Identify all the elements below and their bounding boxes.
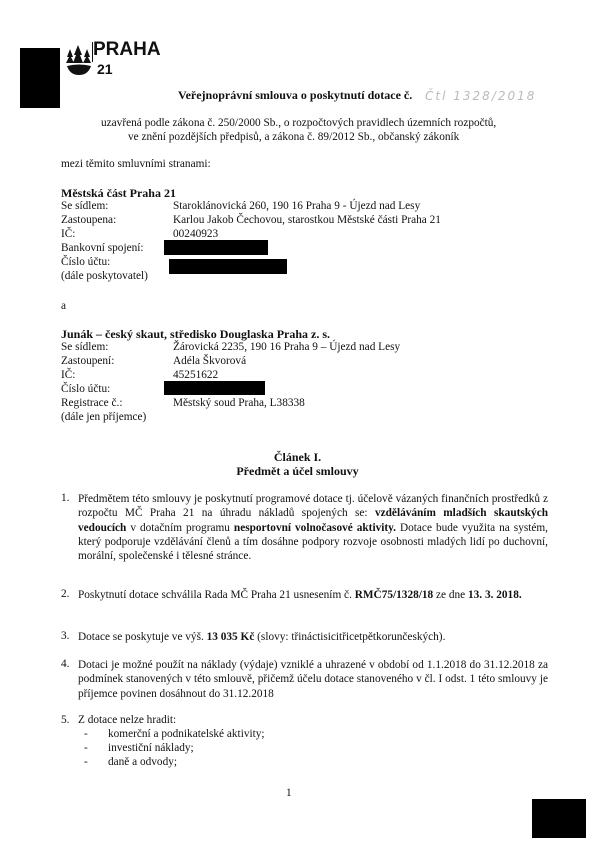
clause-4-number: 4.	[61, 658, 69, 670]
recipient-label-registration: Registrace č.:	[61, 397, 122, 409]
contract-title: Veřejnoprávní smlouva o poskytnutí dotac…	[178, 88, 412, 103]
recipient-label-account: Číslo účtu:	[61, 383, 110, 395]
clause-2-text: Poskytnutí dotace schválila Rada MČ Prah…	[78, 588, 548, 602]
trees-emblem-icon	[66, 43, 92, 77]
clause-5-item: komerční a podnikatelské aktivity;	[108, 728, 265, 740]
clause-1-number: 1.	[61, 492, 69, 504]
clause-5-number: 5.	[61, 714, 69, 726]
provider-value-seat: Staroklánovická 260, 190 16 Praha 9 - Új…	[173, 200, 420, 212]
article-title: Předmět a účel smlouvy	[0, 464, 595, 479]
logo-divider	[92, 42, 93, 62]
parties-intro: mezi těmito smluvními stranami:	[61, 158, 211, 170]
redaction-block-bottom-right	[532, 799, 586, 838]
recipient-value-represented: Adéla Škvorová	[173, 355, 246, 367]
clause-1-text: Předmětem této smlouvy je poskytnutí pro…	[78, 492, 548, 563]
provider-note: (dále poskytovatel)	[61, 270, 148, 282]
recipient-note: (dále jen příjemce)	[61, 411, 146, 423]
provider-label-seat: Se sídlem:	[61, 200, 108, 212]
recipient-value-ic: 45251622	[173, 369, 218, 381]
clause-5-item: daně a odvody;	[108, 756, 177, 768]
page-number: 1	[286, 787, 292, 799]
provider-value-represented: Karlou Jakob Čechovou, starostkou Městsk…	[173, 214, 441, 226]
recipient-account-redaction	[164, 381, 265, 395]
provider-account-redaction	[169, 259, 287, 274]
clause-3-number: 3.	[61, 630, 69, 642]
logo-21-text: 21	[97, 62, 113, 76]
emphasized-text: 13 035 Kč	[207, 631, 255, 643]
clause-5-item: investiční náklady;	[108, 742, 194, 754]
recipient-value-registration: Městský soud Praha, L38338	[173, 397, 305, 409]
clause-4-text: Dotaci je možné použít na náklady (výdaj…	[78, 658, 548, 701]
provider-bank-redaction	[164, 240, 268, 255]
intro-line-2: ve znění pozdějších předpisů, a zákona č…	[128, 131, 459, 143]
provider-label-account: Číslo účtu:	[61, 256, 110, 268]
recipient-label-represented: Zastoupení:	[61, 355, 114, 367]
clause-text-run: Poskytnutí dotace schválila Rada MČ Prah…	[78, 589, 355, 601]
clause-text-run: Dotaci je možné použít na náklady (výdaj…	[78, 659, 548, 700]
clause-3-text: Dotace se poskytuje ve výš. 13 035 Kč (s…	[78, 630, 548, 644]
recipient-value-seat: Žárovická 2235, 190 16 Praha 9 – Újezd n…	[173, 341, 400, 353]
clause-text-run: ze dne	[433, 589, 468, 601]
emphasized-text: RMČ75/1328/18	[355, 589, 433, 601]
recipient-label-ic: IČ:	[61, 369, 75, 381]
clause-text-run: Dotace se poskytuje ve výš.	[78, 631, 207, 643]
clause-2-number: 2.	[61, 588, 69, 600]
emphasized-text: nesportovní volnočasové aktivity.	[234, 522, 396, 534]
conjunction-and: a	[61, 300, 66, 312]
provider-label-ic: IČ:	[61, 228, 75, 240]
bullet-dash: -	[84, 728, 88, 740]
recipient-label-seat: Se sídlem:	[61, 341, 108, 353]
clause-text-run: (slovy: třináctisicitřicetpětkorunčeskýc…	[254, 631, 445, 643]
emphasized-text: 13. 3. 2018.	[468, 589, 522, 601]
provider-name: Městská část Praha 21	[61, 186, 176, 201]
provider-label-bank: Bankovní spojení:	[61, 242, 144, 254]
intro-line-1: uzavřená podle zákona č. 250/2000 Sb., o…	[101, 117, 496, 129]
clause-5-intro: Z dotace nelze hradit:	[78, 714, 176, 726]
bullet-dash: -	[84, 742, 88, 754]
logo-praha-text: PRAHA	[93, 40, 161, 60]
redaction-block-top-left	[20, 48, 60, 108]
clause-text-run: v dotačním programu	[126, 522, 234, 534]
handwritten-contract-number: Čtl 1328/2018	[425, 89, 536, 103]
article-number: Článek I.	[0, 450, 595, 465]
recipient-name: Junák – český skaut, středisko Douglaska…	[61, 327, 330, 342]
bullet-dash: -	[84, 756, 88, 768]
provider-value-ic: 00240923	[173, 228, 218, 240]
provider-label-represented: Zastoupena:	[61, 214, 116, 226]
